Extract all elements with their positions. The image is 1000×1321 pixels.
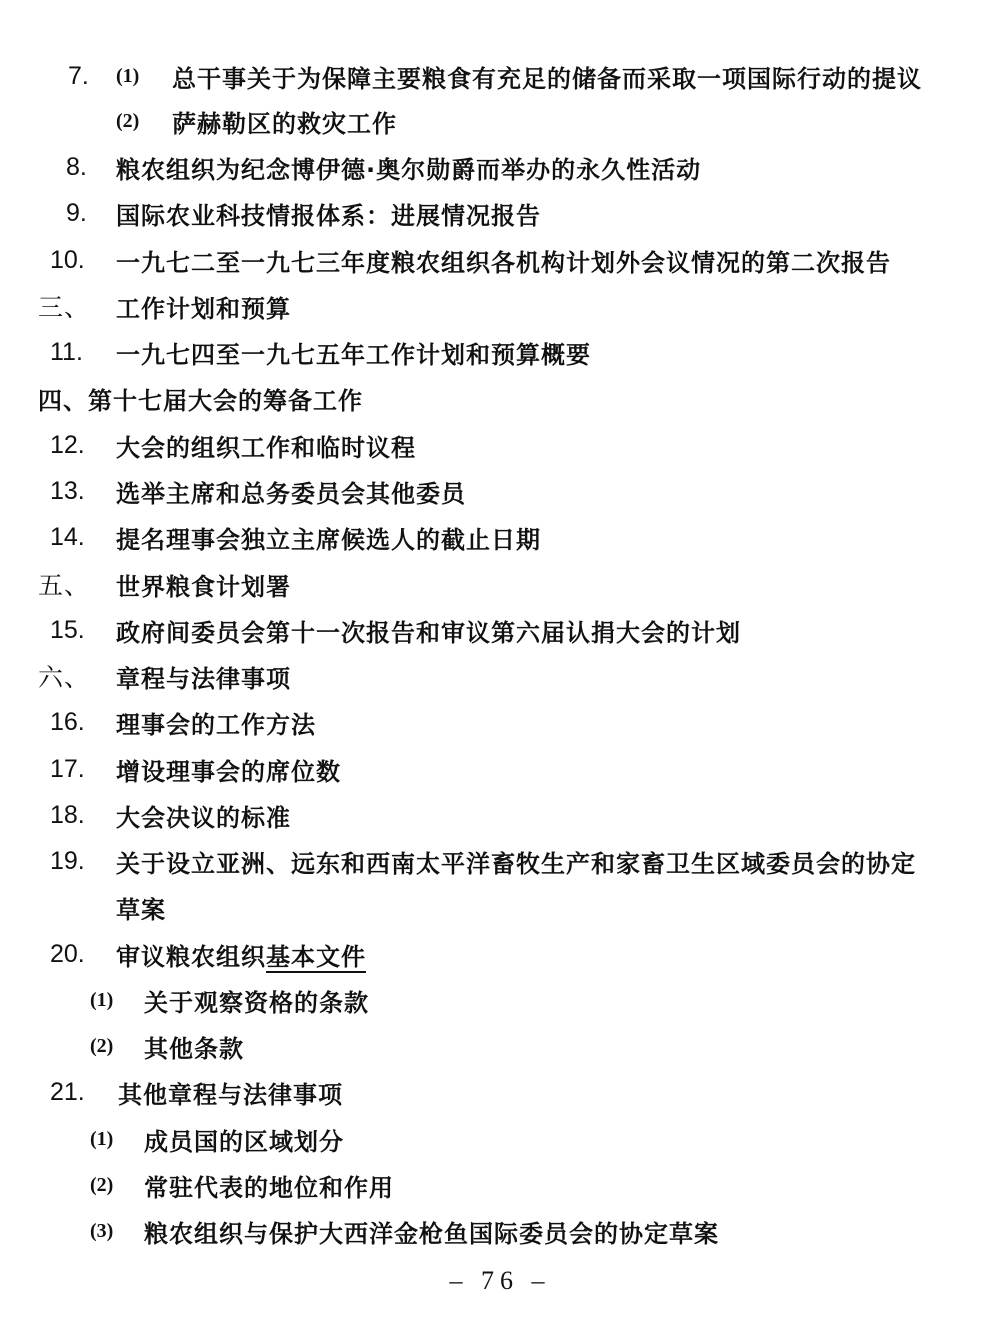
item-number: 17. [50,755,85,784]
section-title: 章程与法律事项 [116,659,291,694]
item-text: 审议粮农组织基本文件 [116,937,366,972]
item-text: 常驻代表的地位和作用 [144,1168,394,1203]
item-text: 理事会的工作方法 [116,705,316,740]
section-number: 五、 [38,566,90,602]
item-number: 18. [50,801,85,830]
item-number: 12. [50,431,85,460]
sub-number: (2) [116,110,139,133]
item-number: 15. [50,616,85,645]
item-text: 关于观察资格的条款 [144,983,369,1018]
section-title: 工作计划和预算 [116,289,291,324]
item-text: 政府间委员会第十一次报告和审议第六届认捐大会的计划 [116,613,741,648]
item-text: 其他章程与法律事项 [118,1075,343,1110]
item-text: 国际农业科技情报体系：进展情况报告 [116,196,541,231]
item-number: 11. [50,338,83,367]
item-number: 8. [66,153,87,182]
item-number: 14. [50,523,85,552]
item-text: 一九七二至一九七三年度粮农组织各机构计划外会议情况的第二次报告 [116,243,891,278]
item-text: 提名理事会独立主席候选人的截止日期 [116,520,541,555]
sub-number: (2) [90,1174,113,1197]
item-number: 20. [50,940,85,969]
item-number: 19. [50,847,85,876]
section-title: 四、第十七届大会的筹备工作 [38,381,363,416]
section-number: 六、 [38,658,90,694]
item-text: 增设理事会的席位数 [116,752,341,787]
item-text: 一九七四至一九七五年工作计划和预算概要 [116,335,591,370]
item-text: 其他条款 [144,1029,244,1064]
sub-number: (1) [90,989,113,1012]
document-page: 7. (1) 总干事关于为保障主要粮食有充足的储备而采取一项国际行动的提议 (2… [0,0,1000,1321]
item-text: 关于设立亚洲、远东和西南太平洋畜牧生产和家畜卫生区域委员会的协定 [116,844,916,879]
item-text: 大会的组织工作和临时议程 [116,428,416,463]
item-number: 16. [50,708,85,737]
item-text: 总干事关于为保障主要粮食有充足的储备而采取一项国际行动的提议 [172,59,922,94]
item-number: 13. [50,477,85,506]
section-title: 世界粮食计划署 [116,567,291,602]
sub-number: (2) [90,1035,113,1058]
item-number: 10. [50,246,85,275]
page-number: – 76 – [0,1266,1000,1296]
item-number: 7. [68,62,89,91]
item-text: 成员国的区域划分 [144,1122,344,1157]
sub-number: (1) [116,65,139,88]
item-text: 大会决议的标准 [116,798,291,833]
item-text: 选举主席和总务委员会其他委员 [116,474,466,509]
item-number: 21. [50,1078,85,1107]
item-number: 9. [66,199,87,228]
item-text: 粮农组织为纪念博伊德·奥尔勋爵而举办的永久性活动 [116,150,701,185]
item-text: 粮农组织与保护大西洋金枪鱼国际委员会的协定草案 [144,1214,719,1249]
item-text-underlined: 基本文件 [266,943,366,971]
section-number: 三、 [38,288,90,324]
item-text: 萨赫勒区的救灾工作 [172,104,397,139]
sub-number: (3) [90,1220,113,1243]
item-text-plain: 审议粮农组织 [116,943,266,971]
item-text-continuation: 草案 [116,890,166,925]
sub-number: (1) [90,1128,113,1151]
